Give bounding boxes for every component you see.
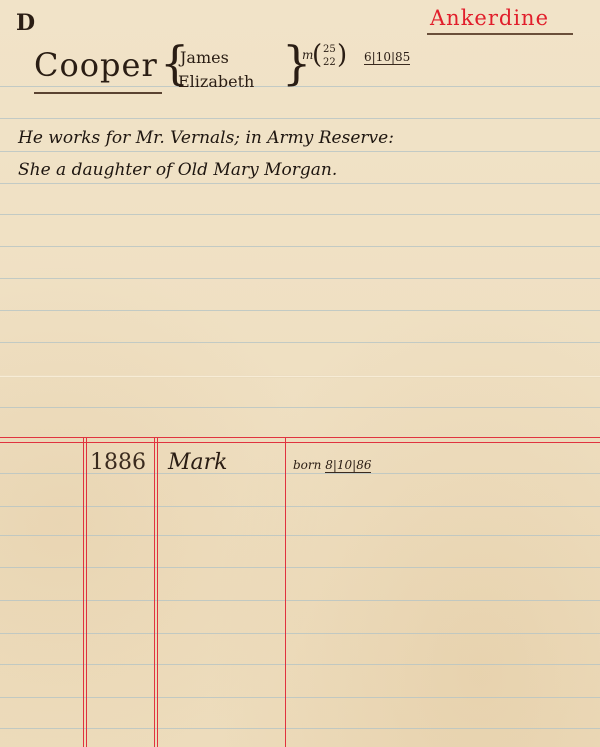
table-top-rule (0, 442, 600, 443)
ruled-line (0, 342, 600, 343)
column-rule (285, 437, 286, 747)
ruled-line (0, 567, 600, 568)
table-top-rule (0, 437, 600, 438)
note-line-2: She a daughter of Old Mary Morgan. (18, 160, 337, 180)
surname: Cooper (34, 46, 158, 84)
ruled-line (0, 246, 600, 247)
close-brace: } (282, 36, 311, 90)
ruled-line (0, 278, 600, 279)
place-underline (427, 33, 573, 35)
ruled-line (0, 697, 600, 698)
surname-underline (34, 92, 162, 94)
husband-name: James (180, 48, 229, 67)
born-date: 8|10|86 (325, 458, 371, 473)
column-rule (157, 437, 158, 747)
wife-name: Elizabeth (178, 72, 254, 91)
ruled-line (0, 600, 600, 601)
wife-age: 22 (323, 57, 336, 68)
ruled-line (0, 633, 600, 634)
ruled-line (0, 118, 600, 119)
ruled-line (0, 310, 600, 311)
ruled-line (0, 183, 600, 184)
ages-close-paren: ) (337, 40, 347, 70)
column-rule (83, 437, 84, 747)
ruled-line (0, 664, 600, 665)
column-rule (154, 437, 155, 747)
section-letter: D (16, 10, 35, 36)
born-label: born (293, 458, 321, 472)
child-born: born 8|10|86 (293, 458, 371, 472)
paper-fold-crease (0, 375, 600, 378)
child-name: Mark (168, 450, 228, 475)
place-label: Ankerdine (430, 6, 549, 30)
ruled-line (0, 407, 600, 408)
child-year: 1886 (90, 450, 146, 475)
ruled-line (0, 728, 600, 729)
ruled-line (0, 151, 600, 152)
marriage-date: 6|10|85 (364, 50, 410, 65)
ruled-line (0, 214, 600, 215)
ruled-line (0, 535, 600, 536)
ruled-line (0, 506, 600, 507)
husband-age: 25 (323, 44, 336, 55)
ages-open-paren: ( (312, 40, 322, 70)
note-line-1: He works for Mr. Vernals; in Army Reserv… (18, 128, 394, 148)
register-page: D Ankerdine Cooper { James Elizabeth } m… (0, 0, 600, 747)
column-rule (86, 437, 87, 747)
